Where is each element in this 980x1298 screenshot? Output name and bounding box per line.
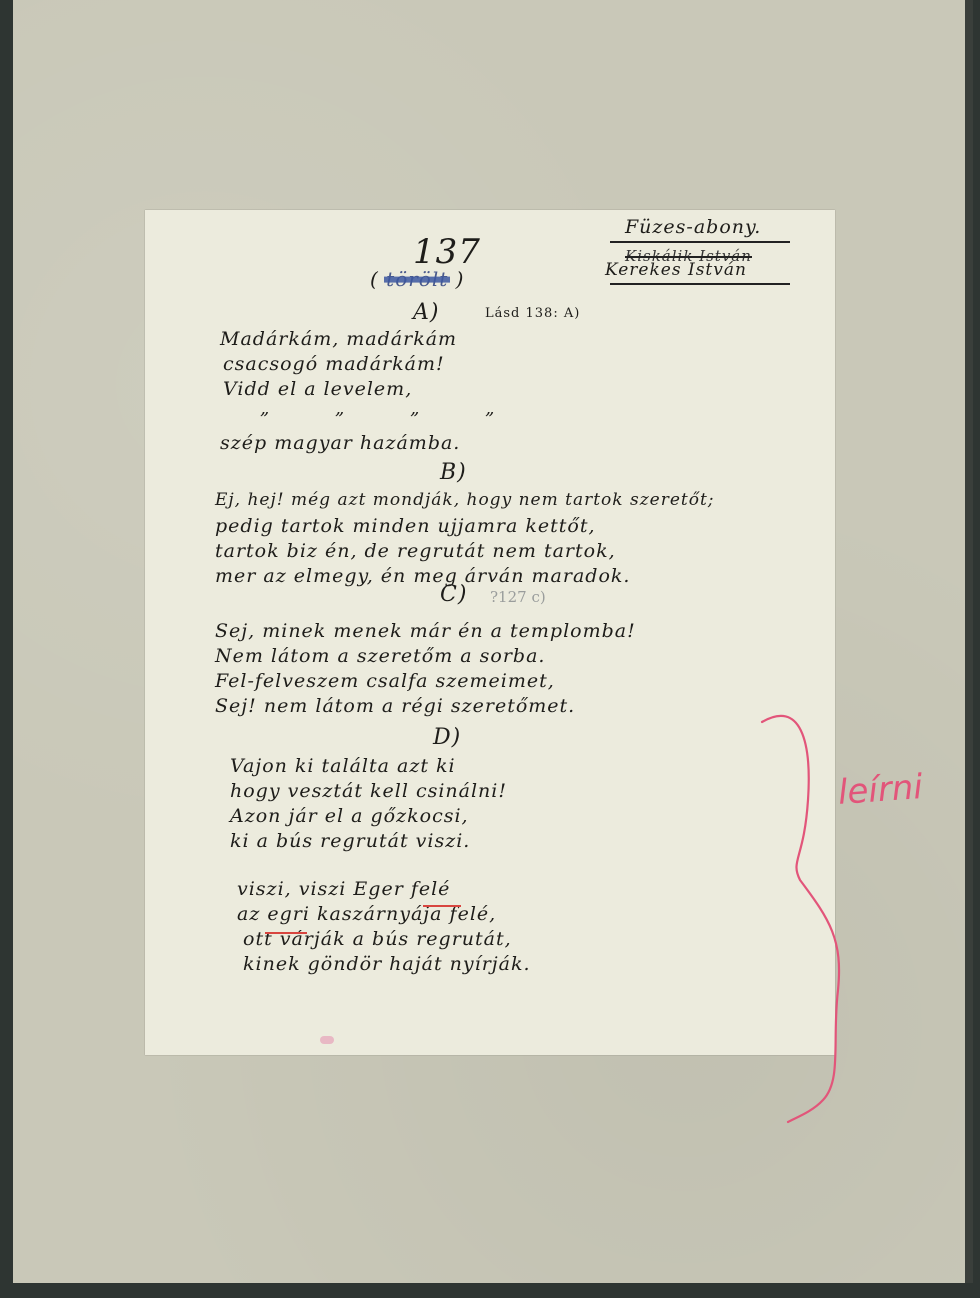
board-edge [965, 0, 973, 1283]
verse-line: Azon jár el a gőzkocsi, [230, 805, 469, 827]
manuscript-sheet: 137 ( törölt ) A) Lásd 138: A) Füzes-abo… [145, 210, 835, 1055]
verse-line: ki a bús regrutát viszi. [230, 830, 470, 852]
verse-line: Sej, minek menek már én a templomba! [215, 620, 636, 642]
red-underline-eger [423, 905, 461, 907]
pink-stamp-mark [320, 1036, 334, 1044]
verse-line: szép magyar hazámba. [220, 432, 460, 454]
verse-line: Vajon ki találta azt ki [230, 755, 456, 777]
verse-line: viszi, viszi Eger felé [237, 878, 450, 900]
pencil-note: ?127 c) [490, 588, 546, 606]
deleted-word: törölt [386, 267, 448, 291]
verse-line: Madárkám, madárkám [220, 328, 457, 350]
verse-line: hogy vesztát kell csinálni! [230, 780, 507, 802]
verse-line: pedig tartok minden ujjamra kettőt, [215, 515, 596, 537]
collector-name: Kerekes István [605, 260, 747, 280]
section-label-d: D) [433, 725, 461, 750]
verse-line: Vidd el a levelem, [223, 378, 412, 400]
song-number: 137 [413, 232, 481, 272]
verse-line: mer az elmegy, én meg árván maradok. [215, 565, 630, 587]
verse-line: csacsogó madárkám! [223, 353, 445, 375]
place-name: Füzes-abony. [625, 216, 761, 238]
red-underline-egri [265, 932, 307, 934]
place-underline [610, 241, 790, 243]
ditto-marks: „ „ „ „ [260, 398, 524, 419]
verse-line: tartok biz én, de regrutát nem tartok, [215, 540, 616, 562]
verse-line: Ej, hej! még azt mondják, hogy nem tarto… [215, 490, 715, 510]
section-label-c: C) [440, 582, 467, 607]
margin-note: leírni [837, 767, 924, 813]
verse-text: viszi, viszi Eger felé [237, 878, 450, 900]
deleted-label: ( törölt ) [370, 267, 464, 291]
see-reference: Lásd 138: A) [485, 306, 580, 321]
collector-underline [610, 283, 790, 285]
verse-line: kinek göndör haját nyírják. [243, 953, 531, 975]
verse-line: Nem látom a szeretőm a sorba. [215, 645, 545, 667]
section-label-b: B) [440, 460, 467, 485]
verse-line: Sej! nem látom a régi szeretőmet. [215, 695, 575, 717]
section-label-a: A) [413, 300, 439, 325]
verse-line: Fel-felveszem csalfa szemeimet, [215, 670, 555, 692]
